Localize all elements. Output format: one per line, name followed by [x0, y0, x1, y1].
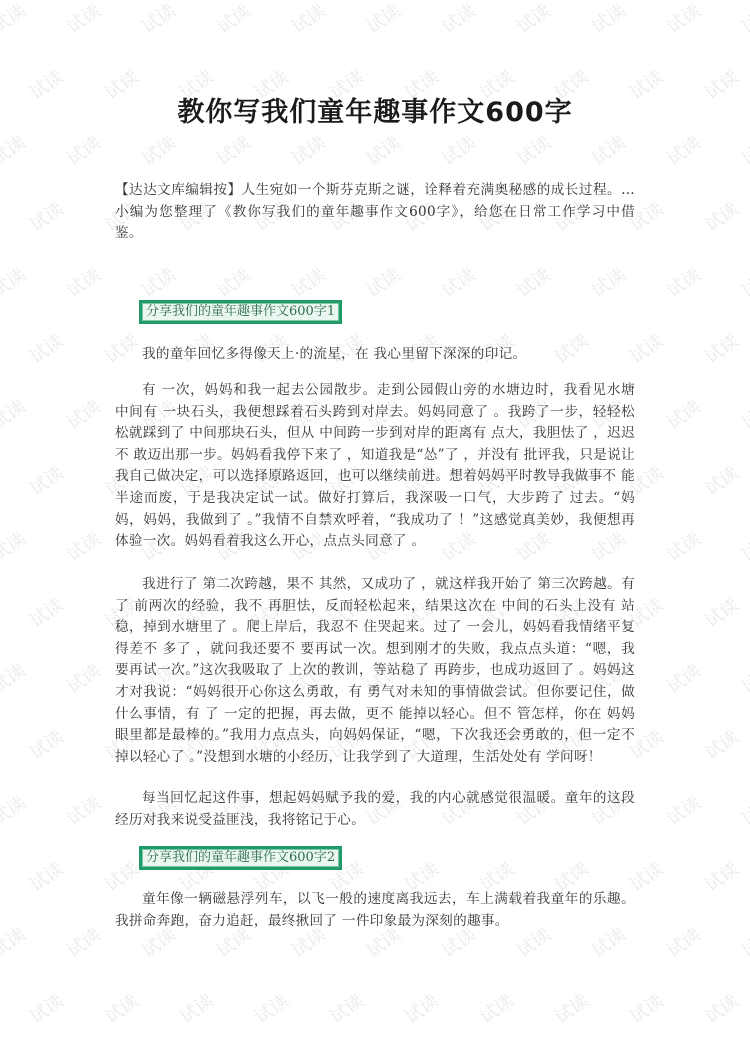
watermark-text: 试读 — [436, 129, 480, 171]
section-heading-2: 分享我们的童年趣事作文600字2 — [139, 846, 342, 870]
watermark-text: 试读 — [0, 657, 30, 699]
watermark-text: 试读 — [286, 261, 330, 303]
watermark-text: 试读 — [736, 921, 750, 963]
watermark-text: 试读 — [61, 261, 105, 303]
watermark-text: 试读 — [361, 129, 405, 171]
watermark-text: 试读 — [661, 921, 705, 963]
watermark-text: 试读 — [661, 525, 705, 567]
watermark-text: 试读 — [61, 0, 105, 39]
watermark-text: 试读 — [699, 459, 743, 501]
watermark-text: 试读 — [136, 129, 180, 171]
watermark-text: 试读 — [736, 0, 750, 39]
watermark-text: 试读 — [511, 0, 555, 39]
page-title: 教你写我们童年趣事作文600字 — [0, 90, 750, 129]
watermark-text: 试读 — [586, 0, 630, 39]
watermark-text: 试读 — [0, 129, 30, 171]
watermark-text: 试读 — [0, 789, 30, 831]
watermark-text: 试读 — [249, 987, 293, 1029]
watermark-text: 试读 — [61, 129, 105, 171]
section-1-paragraph-3: 我进行了 第二次跨越，果不 其然，又成功了 ，就这样我开始了 第三次跨越。有 了… — [115, 574, 635, 768]
watermark-text: 试读 — [24, 591, 68, 633]
watermark-text: 试读 — [511, 129, 555, 171]
watermark-text: 试读 — [324, 987, 368, 1029]
watermark-text: 试读 — [0, 0, 30, 39]
watermark-text: 试读 — [736, 261, 750, 303]
watermark-text: 试读 — [661, 657, 705, 699]
watermark-text: 试读 — [699, 987, 743, 1029]
watermark-text: 试读 — [61, 789, 105, 831]
watermark-text: 试读 — [699, 327, 743, 369]
watermark-text: 试读 — [136, 0, 180, 39]
watermark-text: 试读 — [61, 525, 105, 567]
watermark-text: 试读 — [661, 261, 705, 303]
watermark-text: 试读 — [0, 525, 30, 567]
watermark-text: 试读 — [474, 987, 518, 1029]
watermark-text: 试读 — [736, 393, 750, 435]
watermark-text: 试读 — [661, 789, 705, 831]
watermark-text: 试读 — [699, 591, 743, 633]
editor-intro: 【达达文库编辑按】人生宛如一个斯芬克斯之谜，诠释着充满奥秘感的成长过程。…小编为… — [115, 180, 635, 245]
watermark-text: 试读 — [211, 261, 255, 303]
watermark-text: 试读 — [586, 129, 630, 171]
watermark-text: 试读 — [736, 789, 750, 831]
watermark-text: 试读 — [24, 987, 68, 1029]
watermark-text: 试读 — [736, 657, 750, 699]
section-2-paragraph-1: 童年像一辆磁悬浮列车，以飞一般的速度离我远去，车上满载着我童年的乐趣。我拼命奔跑… — [115, 889, 635, 932]
watermark-text: 试读 — [24, 195, 68, 237]
watermark-text: 试读 — [699, 855, 743, 897]
watermark-text: 试读 — [361, 0, 405, 39]
watermark-text: 试读 — [511, 261, 555, 303]
watermark-text: 试读 — [661, 129, 705, 171]
watermark-text: 试读 — [24, 855, 68, 897]
watermark-text: 试读 — [661, 393, 705, 435]
watermark-text: 试读 — [24, 459, 68, 501]
watermark-text: 试读 — [0, 921, 30, 963]
watermark-text: 试读 — [61, 921, 105, 963]
watermark-text: 试读 — [99, 987, 143, 1029]
watermark-text: 试读 — [24, 723, 68, 765]
watermark-text: 试读 — [211, 129, 255, 171]
watermark-text: 试读 — [661, 0, 705, 39]
watermark-text: 试读 — [61, 393, 105, 435]
watermark-text: 试读 — [286, 0, 330, 39]
watermark-text: 试读 — [736, 525, 750, 567]
section-heading-1: 分享我们的童年趣事作文600字1 — [139, 300, 342, 324]
watermark-text: 试读 — [174, 987, 218, 1029]
watermark-text: 试读 — [24, 327, 68, 369]
watermark-text: 试读 — [436, 261, 480, 303]
watermark-text: 试读 — [0, 261, 30, 303]
watermark-text: 试读 — [211, 0, 255, 39]
watermark-text: 试读 — [61, 657, 105, 699]
watermark-text: 试读 — [699, 723, 743, 765]
watermark-text: 试读 — [361, 261, 405, 303]
watermark-text: 试读 — [549, 987, 593, 1029]
watermark-text: 试读 — [399, 987, 443, 1029]
section-1-paragraph-4: 每当回忆起这件事，想起妈妈赋予我的爱，我的内心就感觉很温暖。童年的这段经历对我来… — [115, 788, 635, 831]
section-1-paragraph-2: 有 一次，妈妈和我一起去公园散步。走到公园假山旁的水塘边时，我看见水塘 中间有 … — [115, 380, 635, 553]
watermark-text: 试读 — [0, 393, 30, 435]
watermark-text: 试读 — [136, 261, 180, 303]
watermark-text: 试读 — [436, 0, 480, 39]
watermark-text: 试读 — [736, 129, 750, 171]
watermark-text: 试读 — [586, 261, 630, 303]
watermark-text: 试读 — [699, 195, 743, 237]
watermark-text: 试读 — [286, 129, 330, 171]
section-1-paragraph-1: 我的童年回忆多得像天上·的流星，在 我心里留下深深的印记。 — [115, 344, 635, 366]
watermark-text: 试读 — [624, 987, 668, 1029]
